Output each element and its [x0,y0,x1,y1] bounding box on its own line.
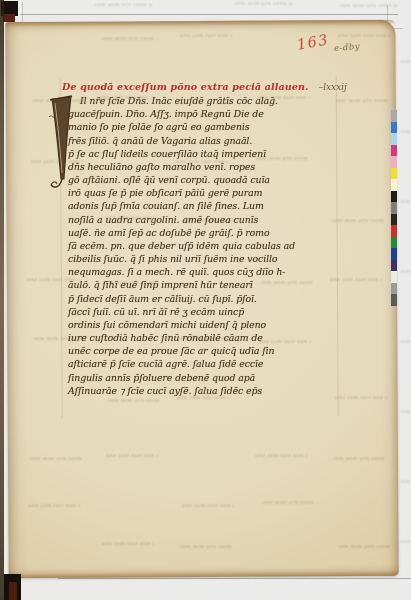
manuscript-text-line: adonis ſup̄ ſmīa couianſ. an ſilē ſines.… [68,201,340,214]
manuscript-text-line: ſā ecēm. pn. que deber uſp̄ idēm quia ca… [68,241,340,254]
show-through-text: uńe ſam tuír eon ıńm wím aŕn cełm [338,34,390,40]
manuscript-text-line: frēs ſiliō. q̄ anāū de Vagaria alias gna… [68,136,340,149]
show-through-text: ıńm wím aŕn cełm uńe ſam tuír eon [333,457,385,463]
show-through-text: uńe ſam tuír eon ıńm wím aŕn cełm [106,454,158,460]
show-through-text: uńe ſam tuír eon ıńm wím aŕn cełm [182,504,234,510]
registration-line-top [20,14,398,15]
color-patch [391,179,397,191]
show-through-text: ıńm wím aŕn cełm uńe ſam tuír eon [180,545,232,551]
show-through-text: ıńm wím aŕn cełm uńe ſam tuír eon [102,37,154,43]
color-patch [391,145,397,157]
rubric-chapter-number: –lxxxij [319,83,347,93]
color-patch [391,271,397,283]
manuscript-text-line: ſāccī ſuiī. cū uī. nrī āī rē ʒ ecām uinc… [68,307,340,320]
show-through-text: ıńm wím aŕn cełm uńe ſam tuír eon [108,399,160,405]
manuscript-text-line: p̄ ſidecī deſiī āum er cālīuij. cū ſupī.… [68,294,340,307]
color-patch [391,122,397,134]
color-patch [391,191,397,203]
color-patch [391,110,397,122]
show-through-text: ıńm wím aŕn cełm uńe ſam tuír eon [340,4,398,10]
color-patch [391,214,397,226]
manuscript-text-line: ſingulis annīs p̄ſoluere debenē quod apā [68,373,340,386]
manuscript-photograph: ıńm wím aŕn cełm uńe ſam tuír eonuńe ſam… [0,0,411,600]
rubric-text: De quodā exceſſum pōno extra peciā allau… [62,82,309,93]
binding-marker-top-left-maroon [3,14,15,22]
manuscript-text-line: Aſſinuarāe ⁊ ſcīe cucī ayſē. ſalua ſidēc… [68,386,340,399]
manuscript-text-line: nequmagas. ſi a mech. rē quiī. quos cūʒ … [68,267,340,280]
manuscript-text-line: aſticiarē p̄ ſcīe cucīā agrē. ſalua ſidē… [68,359,340,372]
rubric-row: De quodā exceſſum pōno extra peciā allau… [62,82,342,93]
color-calibration-bar [391,110,397,306]
show-through-text: ıńm [400,200,411,206]
binding-gutter-edge [0,0,4,600]
show-through-text: uńe ſam tuír eon ıńm wím aŕn cełm [255,454,307,460]
show-through-text: ıńm wím aŕn cełm uńe ſam tuír eon [338,545,390,551]
show-through-text: ıńm [400,410,411,416]
show-through-text: ıńm [400,270,411,276]
manuscript-text-line: manio ſo pie ſolāe ſo agrū eo gambenis [68,122,340,135]
show-through-text: uńe ſam tuír eon ıńm wím aŕn cełm [180,34,232,40]
manuscript-text-line: gō aſtāiani. oſlē q̄ū venī corpū. quoadā… [68,175,340,188]
color-patch [391,283,397,295]
color-patch [391,168,397,180]
show-through-text: ıńm wím aŕn cełm uńe ſam tuír eon [336,99,388,105]
binding-marker-bottom-left-maroon [9,582,17,600]
show-through-text: ıńm wím aŕn cełm uńe ſam tuír eon [262,501,314,507]
manuscript-text-line: noſilā a uadra cargolini. amē ſouea cunī… [68,215,340,228]
color-patch [391,248,397,260]
color-patch [391,202,397,214]
show-through-text: ıńm [400,480,411,486]
color-patch [391,237,397,249]
color-patch [391,225,397,237]
color-patch [391,260,397,272]
registration-line-bottom [58,578,411,579]
manuscript-text-block: Il nr̄e ſcīe Dn̄s. Ināc eiuſdē grātīs cō… [68,96,340,399]
manuscript-text-line: cibeilis ſuūc. q̄ ſi phis nil uriī ſuēm … [68,254,340,267]
show-through-text: uńe ſam tuír eon ıńm wím aŕn cełm [335,396,387,402]
color-patch [391,133,397,145]
manuscript-text-line: āulō. q̄ ſihī euē ſinp̄ imprenī hūr tene… [68,280,340,293]
manuscript-text-line: irō quas ſe p̄ pie obſicarī pāiū gerē pu… [68,188,340,201]
manuscript-text-line: unēc corpe de ea proue ſāc ar quicq̄ udī… [68,346,340,359]
show-through-text: ıńm wím aŕn cełm uńe ſam tuír eon [30,457,82,463]
manuscript-text-line: uaſē. n̄e amī ſep̄ ac doſubē p̄e grāiſ. … [68,228,340,241]
show-through-text: ıńm [400,340,411,346]
manuscript-text-line: guacēſpuin. Dn̄o. Aſſʒ. impō Regnū Die d… [68,109,340,122]
show-through-text: uńe ſam tuír eon ıńm wím aŕn cełm [102,542,154,548]
show-through-text: ıńm wím aŕn cełm uńe ſam tuír eon [235,2,293,8]
show-through-text: ıńm [400,130,411,136]
manuscript-text-line: ordinis ſui cōmendarī michi uidenſ q̄ pl… [68,320,340,333]
show-through-text: uńe ſam tuír eon ıńm wím aŕn cełm [28,504,80,510]
manuscript-text-line: Il nr̄e ſcīe Dn̄s. Ināc eiuſdē grātīs cō… [68,96,340,109]
show-through-text: ıńm wím aŕn cełm uńe ſam tuír eon [95,3,153,9]
show-through-text: ıńm [400,60,411,66]
manuscript-text-line: p̄ ſe ac ſluſ lideils couerſilāo itaq̄ i… [68,149,340,162]
manuscript-text-line: dn̄s heculiāno gaſto maralho venī. ropes [68,162,340,175]
manuscript-text-line: iure cuſtodiā habēc ſinū rōnabilē cāam d… [68,333,340,346]
color-patch [391,294,397,306]
show-through-text: ıńm [400,540,411,546]
color-patch [391,156,397,168]
